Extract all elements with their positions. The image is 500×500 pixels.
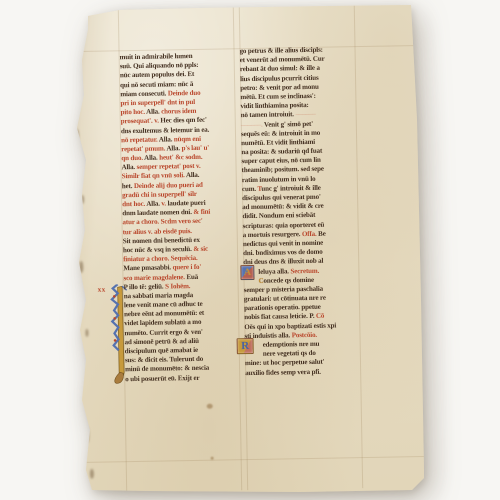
edge-wear xyxy=(75,129,79,143)
ruling-line xyxy=(86,456,426,463)
text-column-right: go petrus & ille alius discipls:et vener… xyxy=(239,45,365,378)
stain xyxy=(207,404,213,409)
gathering-mark: xx xyxy=(98,286,106,294)
edge-wear xyxy=(79,261,83,273)
stain xyxy=(211,457,214,460)
manuscript-line: o ubi posuerūt eū. Exijt er xyxy=(125,373,245,384)
manuscript-leaf: xx A xyxy=(76,4,426,494)
photo-background: xx A xyxy=(0,0,500,500)
parchment: xx A xyxy=(76,4,426,494)
edge-wear xyxy=(81,195,84,204)
edge-wear xyxy=(85,427,89,443)
edge-wear xyxy=(90,469,94,479)
text-column-left: muit in admirabile lumensuū. Qui aliquan… xyxy=(120,51,246,384)
leaf-content: xx A xyxy=(72,1,430,497)
edge-wear xyxy=(85,329,88,337)
manuscript-line: auxilio fides semp vera pfi. xyxy=(245,367,365,378)
edge-wear xyxy=(77,61,80,71)
